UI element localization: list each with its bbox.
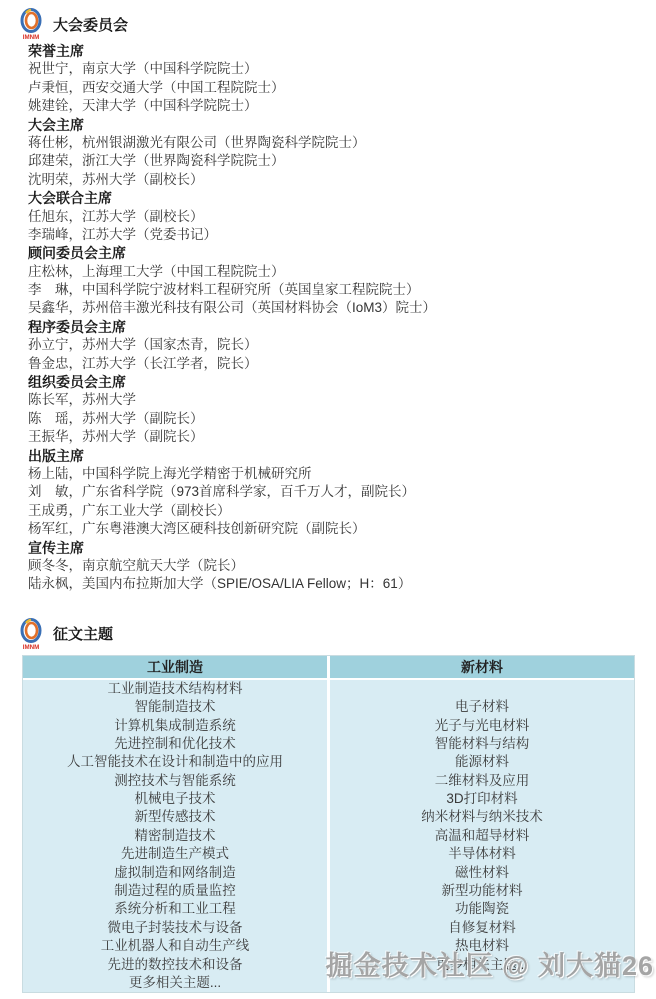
topics-table: 工业制造 新材料 工业制造技术结构材料 智能制造技术 电子材料 计算机集成制造系… [22,655,635,994]
topic-cell-left: 人工智能技术在设计和制造中的应用 [23,753,327,771]
topic-cell-right: 能源材料 [330,753,634,771]
committee-member: 祝世宁，南京大学（中国科学院院士） [28,60,656,78]
topic-cell-left: 系统分析和工业工程 [23,900,327,918]
table-row: 先进制造生产模式 半导体材料 [23,845,634,863]
topic-cell-right: 半导体材料 [330,845,634,863]
committee-member: 孙立宁，苏州大学（国家杰青，院长） [28,336,656,354]
conference-page: IMNM 大会委员会 荣誉主席 祝世宁，南京大学（中国科学院院士）卢秉恒，西安交… [0,0,656,999]
committee-member: 卢秉恒，西安交通大学（中国工程院院士） [28,79,656,97]
topic-cell-left: 新型传感技术 [23,808,327,826]
committee-role-title: 大会主席 [28,116,656,134]
table-row: 虚拟制造和网络制造 磁性材料 [23,864,634,882]
committee-member: 鲁金忠，江苏大学（长江学者，院长） [28,355,656,373]
topic-cell-left: 工业制造技术结构材料 [23,680,327,698]
watermark-text: 掘金技术社区 @ 刘大猫26 [326,944,654,983]
committee-member: 蒋仕彬，杭州银湖激光有限公司（世界陶瓷科学院院士） [28,134,656,152]
topic-cell-left: 先进控制和优化技术 [23,735,327,753]
table-row: 测控技术与智能系统 二维材料及应用 [23,772,634,790]
topic-cell-right: 功能陶瓷 [330,900,634,918]
topic-cell-right: 光子与光电材料 [330,717,634,735]
committee-member: 杨军红，广东粤港澳大湾区硬科技创新研究院（副院长） [28,520,656,538]
topic-cell-right: 3D打印材料 [330,790,634,808]
table-row: 计算机集成制造系统 光子与光电材料 [23,717,634,735]
committee-member: 李瑞峰，江苏大学（党委书记） [28,226,656,244]
committee-group: 出版主席 杨上陆，中国科学院上海光学精密于机械研究所刘 敏，广东省科学院（973… [28,447,656,539]
committee-group: 组织委员会主席 陈长军，苏州大学陈 瑶，苏州大学（副院长）王振华，苏州大学（副院… [28,373,656,447]
table-row: 先进控制和优化技术 智能材料与结构 [23,735,634,753]
topics-title: 征文主题 [53,623,113,644]
committee-member: 王成勇，广东工业大学（副校长） [28,502,656,520]
committee-group: 大会主席 蒋仕彬，杭州银湖激光有限公司（世界陶瓷科学院院士）邱建荣，浙江大学（世… [28,116,656,190]
topic-cell-left: 测控技术与智能系统 [23,772,327,790]
table-row: 制造过程的质量监控 新型功能材料 [23,882,634,900]
committee-member: 陈长军，苏州大学 [28,391,656,409]
committee-section-header: IMNM 大会委员会 [18,8,656,40]
topic-cell-left: 制造过程的质量监控 [23,882,327,900]
committee-role-title: 顾问委员会主席 [28,244,656,262]
committee-role-title: 荣誉主席 [28,42,656,60]
committee-role-title: 程序委员会主席 [28,318,656,336]
topic-cell-left: 更多相关主题... [23,974,327,992]
table-row: 系统分析和工业工程 功能陶瓷 [23,900,634,918]
table-row: 人工智能技术在设计和制造中的应用 能源材料 [23,753,634,771]
committee-role-title: 出版主席 [28,447,656,465]
committee-role-title: 组织委员会主席 [28,373,656,391]
topic-cell-left: 虚拟制造和网络制造 [23,864,327,882]
committee-member: 姚建铨，天津大学（中国科学院院士） [28,97,656,115]
table-row: 工业制造技术结构材料 [23,680,634,698]
table-row: 机械电子技术 3D打印材料 [23,790,634,808]
topic-cell-right: 二维材料及应用 [330,772,634,790]
imnm-logo-text: IMNM [23,644,40,650]
committee-group: 宣传主席 顾冬冬，南京航空航天大学（院长）陆永枫，美国内布拉斯加大学（SPIE/… [28,539,656,594]
committee-member: 沈明荣，苏州大学（副校长） [28,171,656,189]
committee-role-title: 大会联合主席 [28,189,656,207]
topic-cell-right [330,680,634,698]
table-row: 微电子封装技术与设备 自修复材料 [23,919,634,937]
committee-member: 陆永枫，美国内布拉斯加大学（SPIE/OSA/LIA Fellow；H：61） [28,575,656,593]
committee-group: 大会联合主席 任旭东，江苏大学（副校长）李瑞峰，江苏大学（党委书记） [28,189,656,244]
topic-cell-right: 智能材料与结构 [330,735,634,753]
topic-cell-left: 先进制造生产模式 [23,845,327,863]
topic-cell-right: 高温和超导材料 [330,827,634,845]
topic-cell-right: 电子材料 [330,698,634,716]
table-row: 智能制造技术 电子材料 [23,698,634,716]
committee-group: 顾问委员会主席 庄松林，上海理工大学（中国工程院院士）李 琳，中国科学院宁波材料… [28,244,656,318]
committee-member: 顾冬冬，南京航空航天大学（院长） [28,557,656,575]
committee-group: 荣誉主席 祝世宁，南京大学（中国科学院院士）卢秉恒，西安交通大学（中国工程院院士… [28,42,656,116]
topic-cell-right: 纳米材料与纳米技术 [330,808,634,826]
committee-list: 荣誉主席 祝世宁，南京大学（中国科学院院士）卢秉恒，西安交通大学（中国工程院院士… [28,42,656,594]
committee-role-title: 宣传主席 [28,539,656,557]
committee-member: 吴鑫华，苏州倍丰激光科技有限公司（英国材料协会（IoM3）院士） [28,299,656,317]
imnm-logo-icon: IMNM [18,618,44,650]
topic-cell-right: 自修复材料 [330,919,634,937]
table-row: 新型传感技术 纳米材料与纳米技术 [23,808,634,826]
committee-member: 邱建荣，浙江大学（世界陶瓷科学院院士） [28,152,656,170]
imnm-logo-text: IMNM [23,34,40,40]
topic-cell-left: 精密制造技术 [23,827,327,845]
column-header-industrial-manufacturing: 工业制造 [23,656,327,678]
topic-cell-left: 先进的数控技术和设备 [23,956,327,974]
topic-cell-left: 工业机器人和自动生产线 [23,937,327,955]
topic-cell-left: 智能制造技术 [23,698,327,716]
column-header-new-materials: 新材料 [330,656,634,678]
topics-section-header: IMNM 征文主题 [18,618,656,650]
committee-member: 刘 敏，广东省科学院（973首席科学家，百千万人才，副院长） [28,483,656,501]
imnm-logo-icon: IMNM [18,8,44,40]
committee-member: 庄松林，上海理工大学（中国工程院院士） [28,263,656,281]
committee-group: 程序委员会主席 孙立宁，苏州大学（国家杰青，院长）鲁金忠，江苏大学（长江学者，院… [28,318,656,373]
topics-table-header-row: 工业制造 新材料 [23,656,634,678]
topic-cell-right: 新型功能材料 [330,882,634,900]
topic-cell-left: 微电子封装技术与设备 [23,919,327,937]
topic-cell-left: 计算机集成制造系统 [23,717,327,735]
topic-cell-left: 机械电子技术 [23,790,327,808]
committee-member: 杨上陆，中国科学院上海光学精密于机械研究所 [28,465,656,483]
committee-member: 李 琳，中国科学院宁波材料工程研究所（英国皇家工程院院士） [28,281,656,299]
committee-title: 大会委员会 [53,14,128,35]
committee-member: 王振华，苏州大学（副院长） [28,428,656,446]
topic-cell-right: 磁性材料 [330,864,634,882]
committee-member: 任旭东，江苏大学（副校长） [28,208,656,226]
table-row: 精密制造技术 高温和超导材料 [23,827,634,845]
committee-member: 陈 瑶，苏州大学（副院长） [28,410,656,428]
